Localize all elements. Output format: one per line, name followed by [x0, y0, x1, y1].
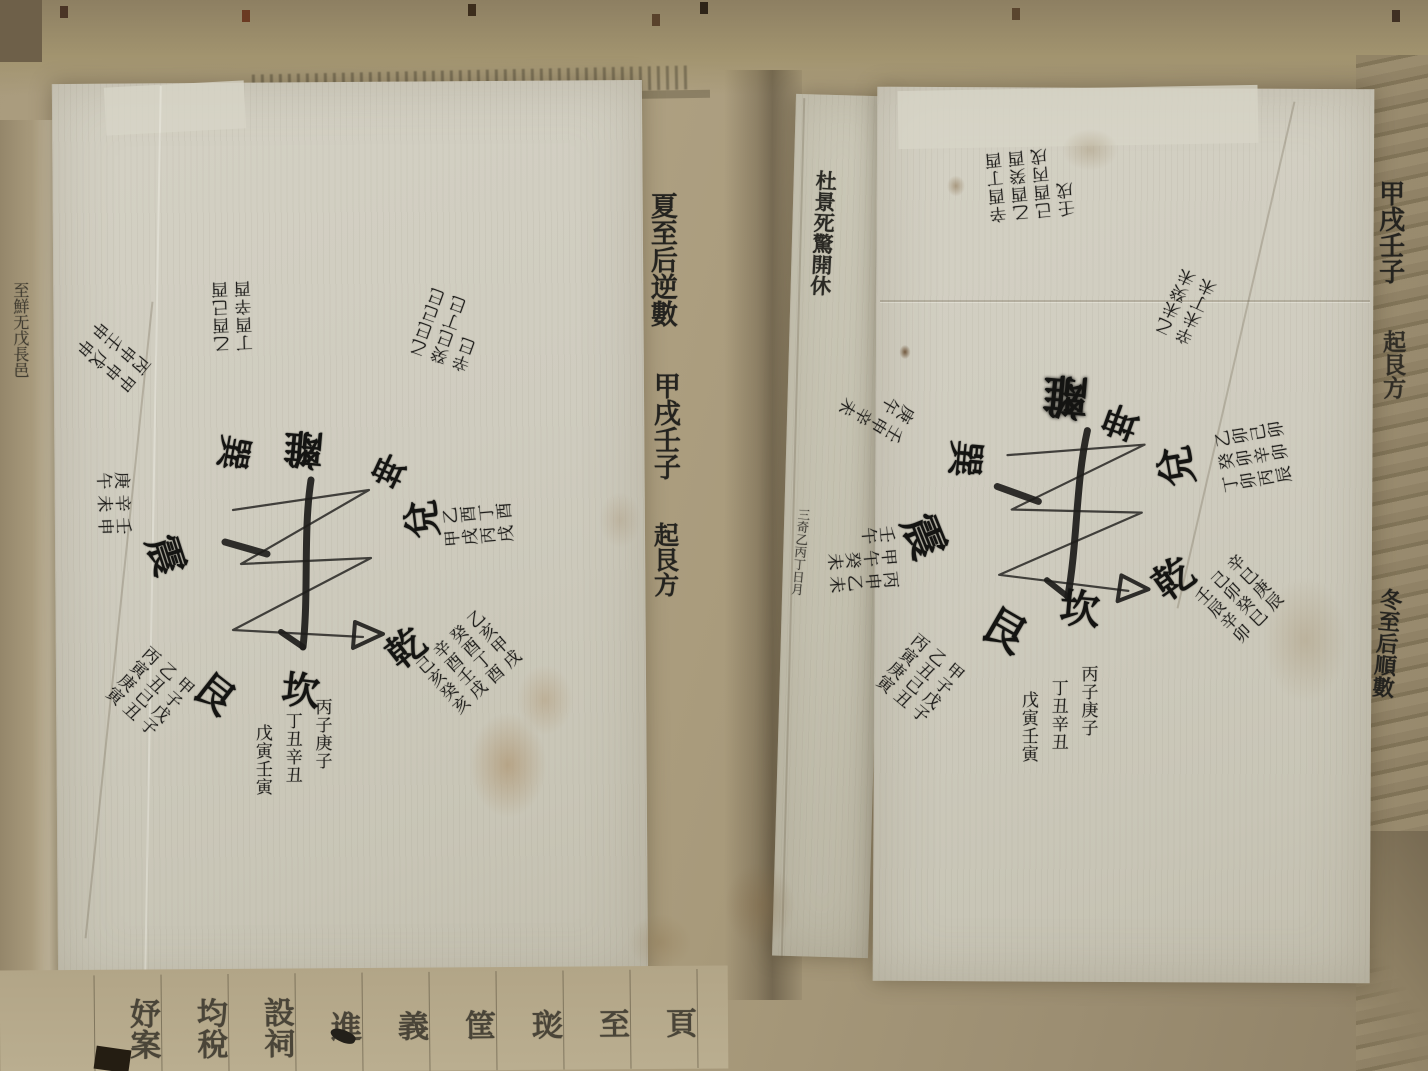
trigram-label-dui-left: 兌 [389, 497, 448, 541]
right-sheet-seam-highlight [880, 302, 1370, 303]
trigram-label-kan-right: 坎 [1058, 576, 1103, 636]
woodblock-column: 均稅 [160, 974, 228, 1071]
left-sheet-torn-scrap [104, 80, 246, 135]
woodblock-column: 珳 [495, 970, 563, 1070]
top-left-corner-tab [0, 0, 42, 62]
stem-branch-block-top-right-page: 辛酉丁酉 乙酉癸酉 己酉丙戌 壬戌 [987, 144, 1079, 223]
right-sheet-overlap-scrap [898, 85, 1259, 149]
woodblock-column: 頁 [629, 969, 697, 1069]
top-backing-band [0, 0, 1428, 95]
stem-branch-block-top-left-page: 乙酉己酉 丁酉辛酉 [214, 279, 257, 352]
left-margin-text: 至鮮无戊長邑 [10, 282, 29, 378]
woodblock-column-empty [696, 969, 738, 1068]
trigram-label-li-left: 離 [281, 421, 326, 481]
left-page-title-3: 起艮方 [650, 522, 680, 597]
trigram-label-li-right: 離 [1039, 364, 1091, 434]
left-page-title-2: 甲戌壬子 [648, 372, 680, 480]
left-page-under-edge [0, 120, 58, 1071]
stem-branch-block-left-right-page: 丙申乙未 甲午癸未 壬午 [823, 521, 900, 591]
red-specks [60, 6, 68, 18]
woodblock-column: 至 [562, 970, 630, 1070]
eight-gates-column: 杜景死驚開休 [803, 169, 842, 297]
right-page-edge-title-2: 起艮方 [1378, 330, 1405, 399]
manuscript-photo: 至鮮无戊長邑 夏至后逆數 甲戌壬子 起艮方 離 坤 兌 乾 坎 艮 震 巽 乙酉… [0, 0, 1428, 1071]
bottom-left-dark-mark [94, 1046, 132, 1071]
right-page-edge-title-1: 甲戌壬子 [1374, 180, 1405, 284]
woodblock-column: 進 [294, 973, 362, 1071]
bottom-woodblock-row: 妤案 均稅 設祠 進 義 筐 珳 至 頁 [93, 969, 738, 1071]
woodblock-column: 義 [361, 972, 429, 1071]
woodblock-column: 設祠 [227, 973, 295, 1071]
left-page-title-1: 夏至后逆數 [645, 192, 677, 327]
bottom-columns-left-page: 丙子庚子 丁丑辛丑 戊寅壬寅 [252, 698, 330, 796]
woodblock-column: 筐 [428, 971, 496, 1071]
stem-branch-block-left-left-page: 壬申 辛未 庚午 [95, 468, 133, 533]
stem-branch-block-right-left-page: 乙酉丁酉 甲戌丙戌 [441, 505, 516, 552]
stem-branch-block-right-right-page: 乙卯己卯 癸卯辛卯 丁卯丙辰 [1213, 422, 1295, 497]
bottom-columns-right-page: 丙子庚子 丁丑辛丑 戊寅壬寅 [1018, 665, 1096, 763]
sigil-star-glyph-left [205, 462, 405, 682]
trigram-label-xun-right: 巽 [940, 438, 997, 480]
